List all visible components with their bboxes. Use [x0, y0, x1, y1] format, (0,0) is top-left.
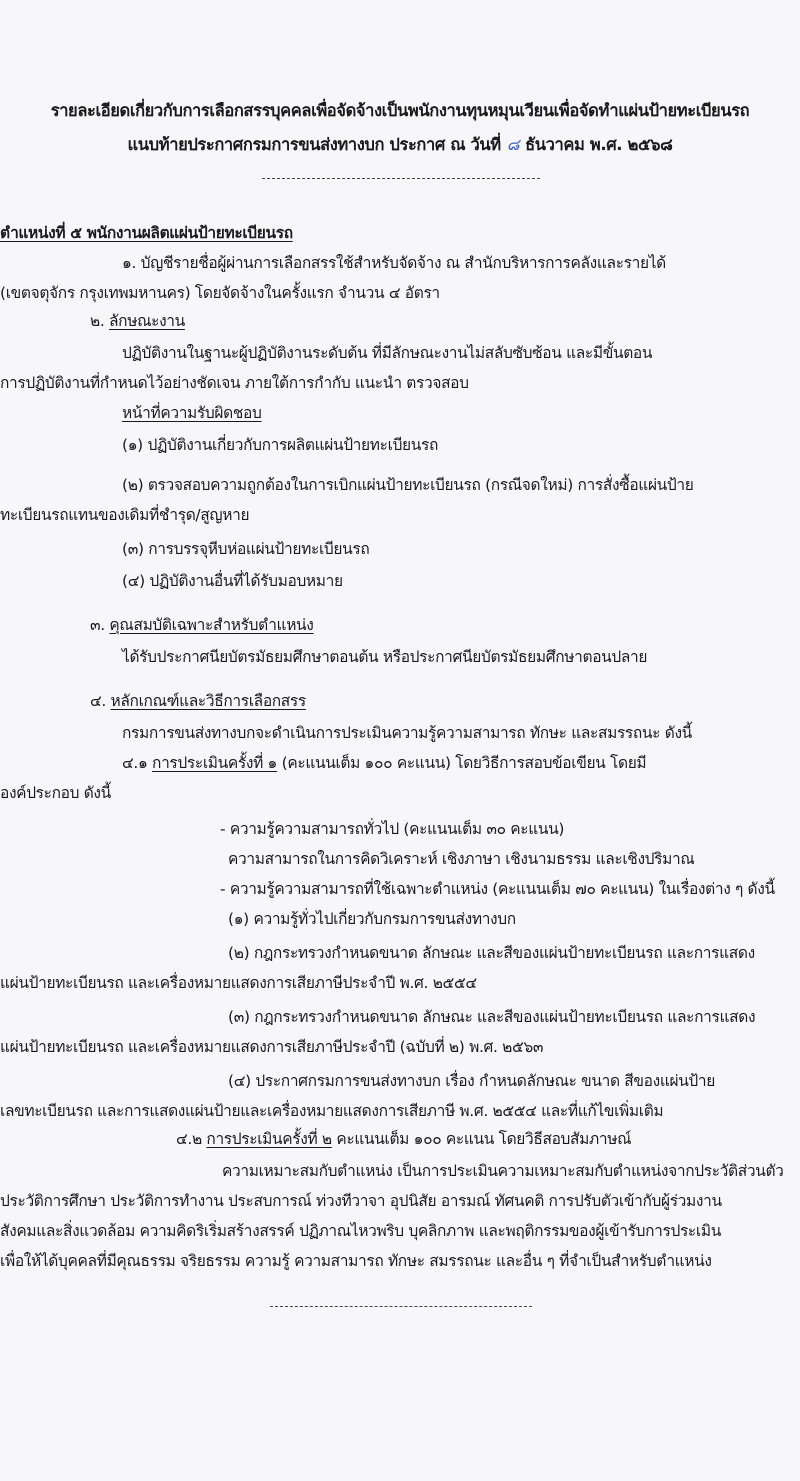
- eval2-title: การประเมินครั้งที่ ๒: [206, 1130, 331, 1148]
- section3-number: ๓.: [90, 616, 105, 634]
- duty-item: (๒) ตรวจสอบความถูกต้องในการเบิกแผ่นป้ายท…: [122, 474, 694, 496]
- topic-item: (๒) กฎกระทรวงกำหนดขนาด ลักษณะ และสีของแผ…: [228, 942, 755, 964]
- eval2-desc: สังคมและสิ่งแวดล้อม ความคิดริเริ่มสร้างส…: [0, 1220, 721, 1242]
- topic-item: (๑) ความรู้ทั่วไปเกี่ยวกับกรมการขนส่งทาง…: [228, 908, 516, 930]
- header-divider: [262, 178, 540, 179]
- duties-heading: หน้าที่ความรับผิดชอบ: [122, 402, 261, 424]
- section3-text: ได้รับประกาศนียบัตรมัธยมศึกษาตอนต้น หรือ…: [122, 646, 647, 668]
- section2-heading: ๒. ลักษณะงาน: [90, 310, 185, 332]
- section4-number: ๔.: [90, 692, 106, 710]
- section2-title: ลักษณะงาน: [109, 312, 185, 330]
- general-knowledge-desc: ความสามารถในการคิดวิเคราะห์ เชิงภาษา เชิ…: [228, 848, 694, 870]
- section4-heading: ๔. หลักเกณฑ์และวิธีการเลือกสรร: [90, 690, 306, 712]
- eval2-heading: ๔.๒ การประเมินครั้งที่ ๒ คะแนนเต็ม ๑๐๐ ค…: [176, 1128, 631, 1150]
- topic-item-cont: เลขทะเบียนรถ และการแสดงแผ่นป้ายและเครื่อ…: [0, 1100, 663, 1122]
- topic-item-cont: แผ่นป้ายทะเบียนรถ และเครื่องหมายแสดงการเ…: [0, 1036, 543, 1058]
- eval2-desc: เพื่อให้ได้บุคคลที่มีคุณธรรม จริยธรรม คว…: [0, 1250, 712, 1272]
- footer-divider: [270, 1306, 532, 1307]
- eval1-cont: องค์ประกอบ ดังนี้: [0, 782, 111, 804]
- duty-item: (๔) ปฏิบัติงานอื่นที่ได้รับมอบหมาย: [122, 570, 343, 592]
- section3-title: คุณสมบัติเฉพาะสำหรับตำแหน่ง: [109, 616, 313, 634]
- section4-title: หลักเกณฑ์และวิธีการเลือกสรร: [111, 692, 306, 710]
- topic-item: (๔) ประกาศกรมการขนส่งทางบก เรื่อง กำหนดล…: [228, 1070, 715, 1092]
- eval2-number: ๔.๒: [176, 1130, 202, 1148]
- section2-number: ๒.: [90, 312, 104, 330]
- topic-item: (๓) กฎกระทรวงกำหนดขนาด ลักษณะ และสีของแผ…: [228, 1006, 755, 1028]
- eval1-title: การประเมินครั้งที่ ๑: [152, 754, 277, 772]
- eval2-rest: คะแนนเต็ม ๑๐๐ คะแนน โดยวิธีสอบสัมภาษณ์: [336, 1130, 631, 1148]
- section3-heading: ๓. คุณสมบัติเฉพาะสำหรับตำแหน่ง: [90, 614, 314, 636]
- position-heading: ตำแหน่งที่ ๕ พนักงานผลิตแผ่นป้ายทะเบียนร…: [0, 222, 293, 244]
- title-line2-prefix: แนบท้ายประกาศกรมการขนส่งทางบก ประกาศ ณ ว…: [128, 135, 501, 154]
- document-page: รายละเอียดเกี่ยวกับการเลือกสรรบุคคลเพื่อ…: [0, 0, 800, 1481]
- eval2-desc: ความเหมาะสมกับตำแหน่ง เป็นการประเมินความ…: [222, 1160, 784, 1182]
- section2-desc-line2: การปฏิบัติงานที่กำหนดไว้อย่างชัดเจน ภายใ…: [0, 372, 469, 394]
- eval1-heading: ๔.๑ การประเมินครั้งที่ ๑ (คะแนนเต็ม ๑๐๐ …: [122, 752, 646, 774]
- eval1-rest: (คะแนนเต็ม ๑๐๐ คะแนน) โดยวิธีการสอบข้อเข…: [282, 754, 647, 772]
- document-title-line2: แนบท้ายประกาศกรมการขนส่งทางบก ประกาศ ณ ว…: [0, 134, 800, 156]
- document-title-line1: รายละเอียดเกี่ยวกับการเลือกสรรบุคคลเพื่อ…: [0, 100, 800, 122]
- duty-item: (๓) การบรรจุหีบห่อแผ่นป้ายทะเบียนรถ: [122, 538, 369, 560]
- general-knowledge-title: - ความรู้ความสามารถทั่วไป (คะแนนเต็ม ๓๐ …: [220, 818, 564, 840]
- title-line2-suffix: ธันวาคม พ.ศ. ๒๕๖๘: [525, 135, 672, 154]
- duty-item-cont: ทะเบียนรถแทนของเดิมที่ชำรุด/สูญหาย: [0, 504, 249, 526]
- section4-intro: กรมการขนส่งทางบกจะดำเนินการประเมินความรู…: [122, 722, 692, 744]
- duty-item: (๑) ปฏิบัติงานเกี่ยวกับการผลิตแผ่นป้ายทะ…: [122, 434, 438, 456]
- specific-knowledge-title: - ความรู้ความสามารถที่ใช้เฉพาะตำแหน่ง (ค…: [220, 878, 775, 900]
- section1-line1: ๑. บัญชีรายชื่อผู้ผ่านการเลือกสรรใช้สำหร…: [122, 252, 666, 274]
- handwritten-day: ๘: [501, 135, 525, 154]
- topic-item-cont: แผ่นป้ายทะเบียนรถ และเครื่องหมายแสดงการเ…: [0, 972, 477, 994]
- eval1-number: ๔.๑: [122, 754, 147, 772]
- section2-desc-line1: ปฏิบัติงานในฐานะผู้ปฏิบัติงานระดับต้น ที…: [122, 342, 652, 364]
- section1-line2: (เขตจตุจักร กรุงเทพมหานคร) โดยจัดจ้างในค…: [0, 282, 440, 304]
- eval2-desc: ประวัติการศึกษา ประวัติการทำงาน ประสบการ…: [0, 1190, 722, 1212]
